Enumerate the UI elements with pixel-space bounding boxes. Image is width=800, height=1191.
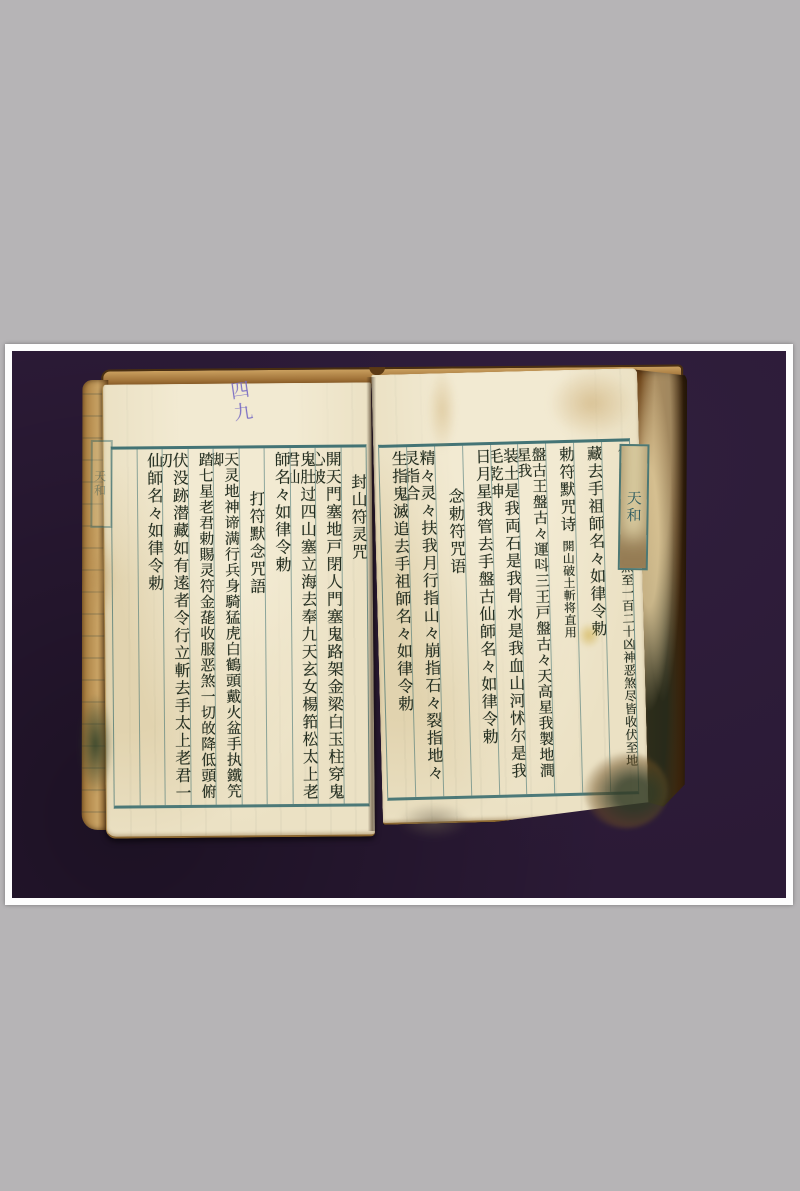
text-column: 仙師名々如律令勅 (136, 449, 165, 805)
text-column: 鬼肚过四山塞立海去奉九天玄女楊筘松太上老君仙 (289, 448, 318, 804)
photo-mat: 封山符灵咒 開天門塞地戸閉人門塞鬼路架金梁白玉柱穿鬼心破 鬼肚过四山塞立海去奉九… (12, 351, 786, 898)
text-column: 踏七星老君勅賜灵符金蒊收服恶煞一切敀降低頭俯 (187, 449, 216, 805)
photo-frame: 封山符灵咒 開天門塞地戸閉人門塞鬼路架金梁白玉柱穿鬼心破 鬼肚过四山塞立海去奉九… (5, 344, 793, 905)
text-column: 天灵地神谛满行兵身騎猛虎白鶴頭戴火盆手执鐵笐脚 (213, 449, 242, 805)
manuscript-book: 封山符灵咒 開天門塞地戸閉人門塞鬼路架金梁白玉柱穿鬼心破 鬼肚过四山塞立海去奉九… (79, 364, 693, 854)
text-column: 師名々如律令勅 (264, 448, 293, 804)
right-page-text-frame: 倌月熬召月方日熬时熬至一百二十凶神恶煞尽皆收伏至地 藏去手祖師名々如律令勅 勅符… (378, 438, 639, 800)
left-page-text-frame: 封山符灵咒 開天門塞地戸閉人門塞鬼路架金梁白玉柱穿鬼心破 鬼肚过四山塞立海去奉九… (111, 444, 370, 808)
text-column-header: 打符默念咒語 (238, 448, 267, 804)
title-slip-left: 天和 (90, 440, 112, 528)
right-page: 倌月熬召月方日熬时熬至一百二十凶神恶煞尽皆收伏至地 藏去手祖師名々如律令勅 勅符… (371, 368, 649, 825)
text-column: 伏没跡潜藏如有逺者令行立斬去手太上老君一切 (162, 449, 191, 805)
text-column-header: 封山符灵咒 (340, 447, 369, 803)
left-page: 封山符灵咒 開天門塞地戸閉人門塞鬼路架金梁白玉柱穿鬼心破 鬼肚过四山塞立海去奉九… (102, 382, 375, 838)
gutter-shadow (366, 377, 378, 831)
header-note: 開山破土斬将直用 (561, 539, 578, 638)
title-slip-right: 天和 (618, 444, 650, 570)
empty-column (112, 449, 140, 805)
text-column: 開天門塞地戸閉人門塞鬼路架金梁白玉柱穿鬼心破 (315, 448, 344, 804)
